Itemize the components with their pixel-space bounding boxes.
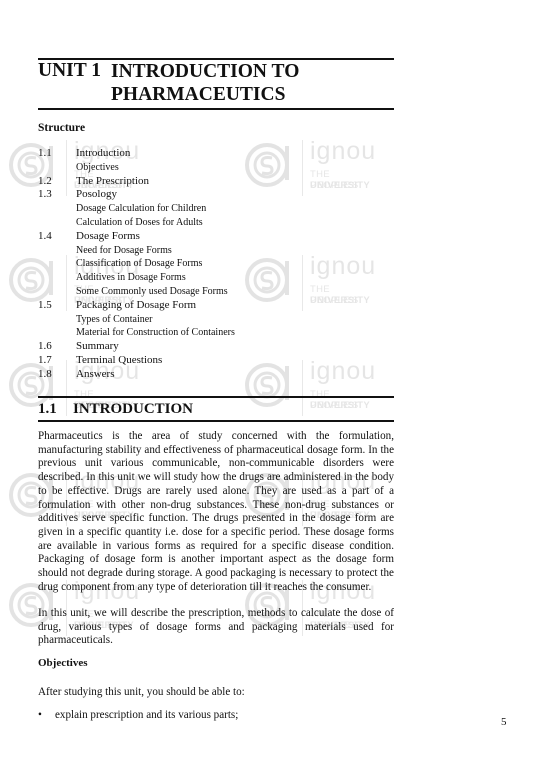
toc-item-number: 1.5 xyxy=(38,299,52,313)
bullet-icon: • xyxy=(38,709,42,721)
toc-item-label: Summary xyxy=(76,340,119,354)
toc-item: 1.3Posology xyxy=(38,188,394,202)
toc-item: Material for Construction of Containers xyxy=(38,326,394,340)
toc-item-number: 1.7 xyxy=(38,354,52,368)
toc-item-label: Additives in Dosage Forms xyxy=(76,271,186,285)
toc-item: 1.7Terminal Questions xyxy=(38,354,394,368)
toc-item: 1.8Answers xyxy=(38,368,394,382)
page-number: 5 xyxy=(501,716,507,728)
toc-item-number: 1.6 xyxy=(38,340,52,354)
toc-item-label: Material for Construction of Containers xyxy=(76,326,235,340)
intro-paragraph-1: Pharmaceutics is the area of study conce… xyxy=(38,430,394,594)
toc-item: Types of Container xyxy=(38,313,394,327)
title-bottom-rule xyxy=(38,108,394,110)
objectives-intro: After studying this unit, you should be … xyxy=(38,686,245,698)
toc-item-number: 1.8 xyxy=(38,368,52,382)
toc-item: 1.4Dosage Forms xyxy=(38,230,394,244)
toc-item-label: Posology xyxy=(76,188,117,202)
toc-item-label: Objectives xyxy=(76,161,119,175)
objectives-heading: Objectives xyxy=(38,657,87,669)
watermark-tagline: THE PEOPLE'S xyxy=(310,389,374,411)
unit-title: INTRODUCTION TO PHARMACEUTICS xyxy=(111,60,299,106)
toc-item: Need for Dosage Forms xyxy=(38,244,394,258)
toc-item-label: Answers xyxy=(76,368,115,382)
objective-text: explain prescription and its various par… xyxy=(55,709,238,721)
unit-title-line-2: PHARMACEUTICS xyxy=(111,83,299,106)
toc-item: Objectives xyxy=(38,161,394,175)
section-top-rule xyxy=(38,396,394,398)
toc-item: Some Commonly used Dosage Forms xyxy=(38,285,394,299)
toc-item: 1.1Introduction xyxy=(38,147,394,161)
unit-label: UNIT 1 xyxy=(38,60,101,82)
toc-item-label: Packaging of Dosage Form xyxy=(76,299,196,313)
document-page: ignouTHE PEOPLE'SUNIVERSITYignouTHE PEOP… xyxy=(0,0,550,777)
toc-item: Calculation of Doses for Adults xyxy=(38,216,394,230)
toc-item-label: Introduction xyxy=(76,147,130,161)
toc-item: Classification of Dosage Forms xyxy=(38,257,394,271)
toc-item-label: Classification of Dosage Forms xyxy=(76,257,202,271)
toc-item: 1.6Summary xyxy=(38,340,394,354)
toc-item-label: Need for Dosage Forms xyxy=(76,244,172,258)
toc-item: 1.2The Prescription xyxy=(38,175,394,189)
toc-item-number: 1.3 xyxy=(38,188,52,202)
toc-item-label: Terminal Questions xyxy=(76,354,162,368)
toc-item-number: 1.2 xyxy=(38,175,52,189)
structure-heading: Structure xyxy=(38,122,85,134)
section-number: 1.1 xyxy=(38,401,57,418)
toc-item-label: The Prescription xyxy=(76,175,149,189)
toc-item-label: Calculation of Doses for Adults xyxy=(76,216,203,230)
table-of-contents: 1.1IntroductionObjectives1.2The Prescrip… xyxy=(38,147,394,382)
section-bottom-rule xyxy=(38,420,394,422)
toc-item: Additives in Dosage Forms xyxy=(38,271,394,285)
toc-item-label: Some Commonly used Dosage Forms xyxy=(76,285,228,299)
toc-item-number: 1.1 xyxy=(38,147,52,161)
toc-item-label: Dosage Forms xyxy=(76,230,140,244)
watermark-tagline-university: UNIVERSITY xyxy=(310,400,370,411)
unit-title-line-1: INTRODUCTION TO xyxy=(111,60,299,83)
toc-item: 1.5Packaging of Dosage Form xyxy=(38,299,394,313)
intro-paragraph-2: In this unit, we will describe the presc… xyxy=(38,607,394,648)
toc-item-label: Dosage Calculation for Children xyxy=(76,202,206,216)
toc-item-label: Types of Container xyxy=(76,313,153,327)
section-title: INTRODUCTION xyxy=(73,401,193,418)
toc-item: Dosage Calculation for Children xyxy=(38,202,394,216)
toc-item-number: 1.4 xyxy=(38,230,52,244)
